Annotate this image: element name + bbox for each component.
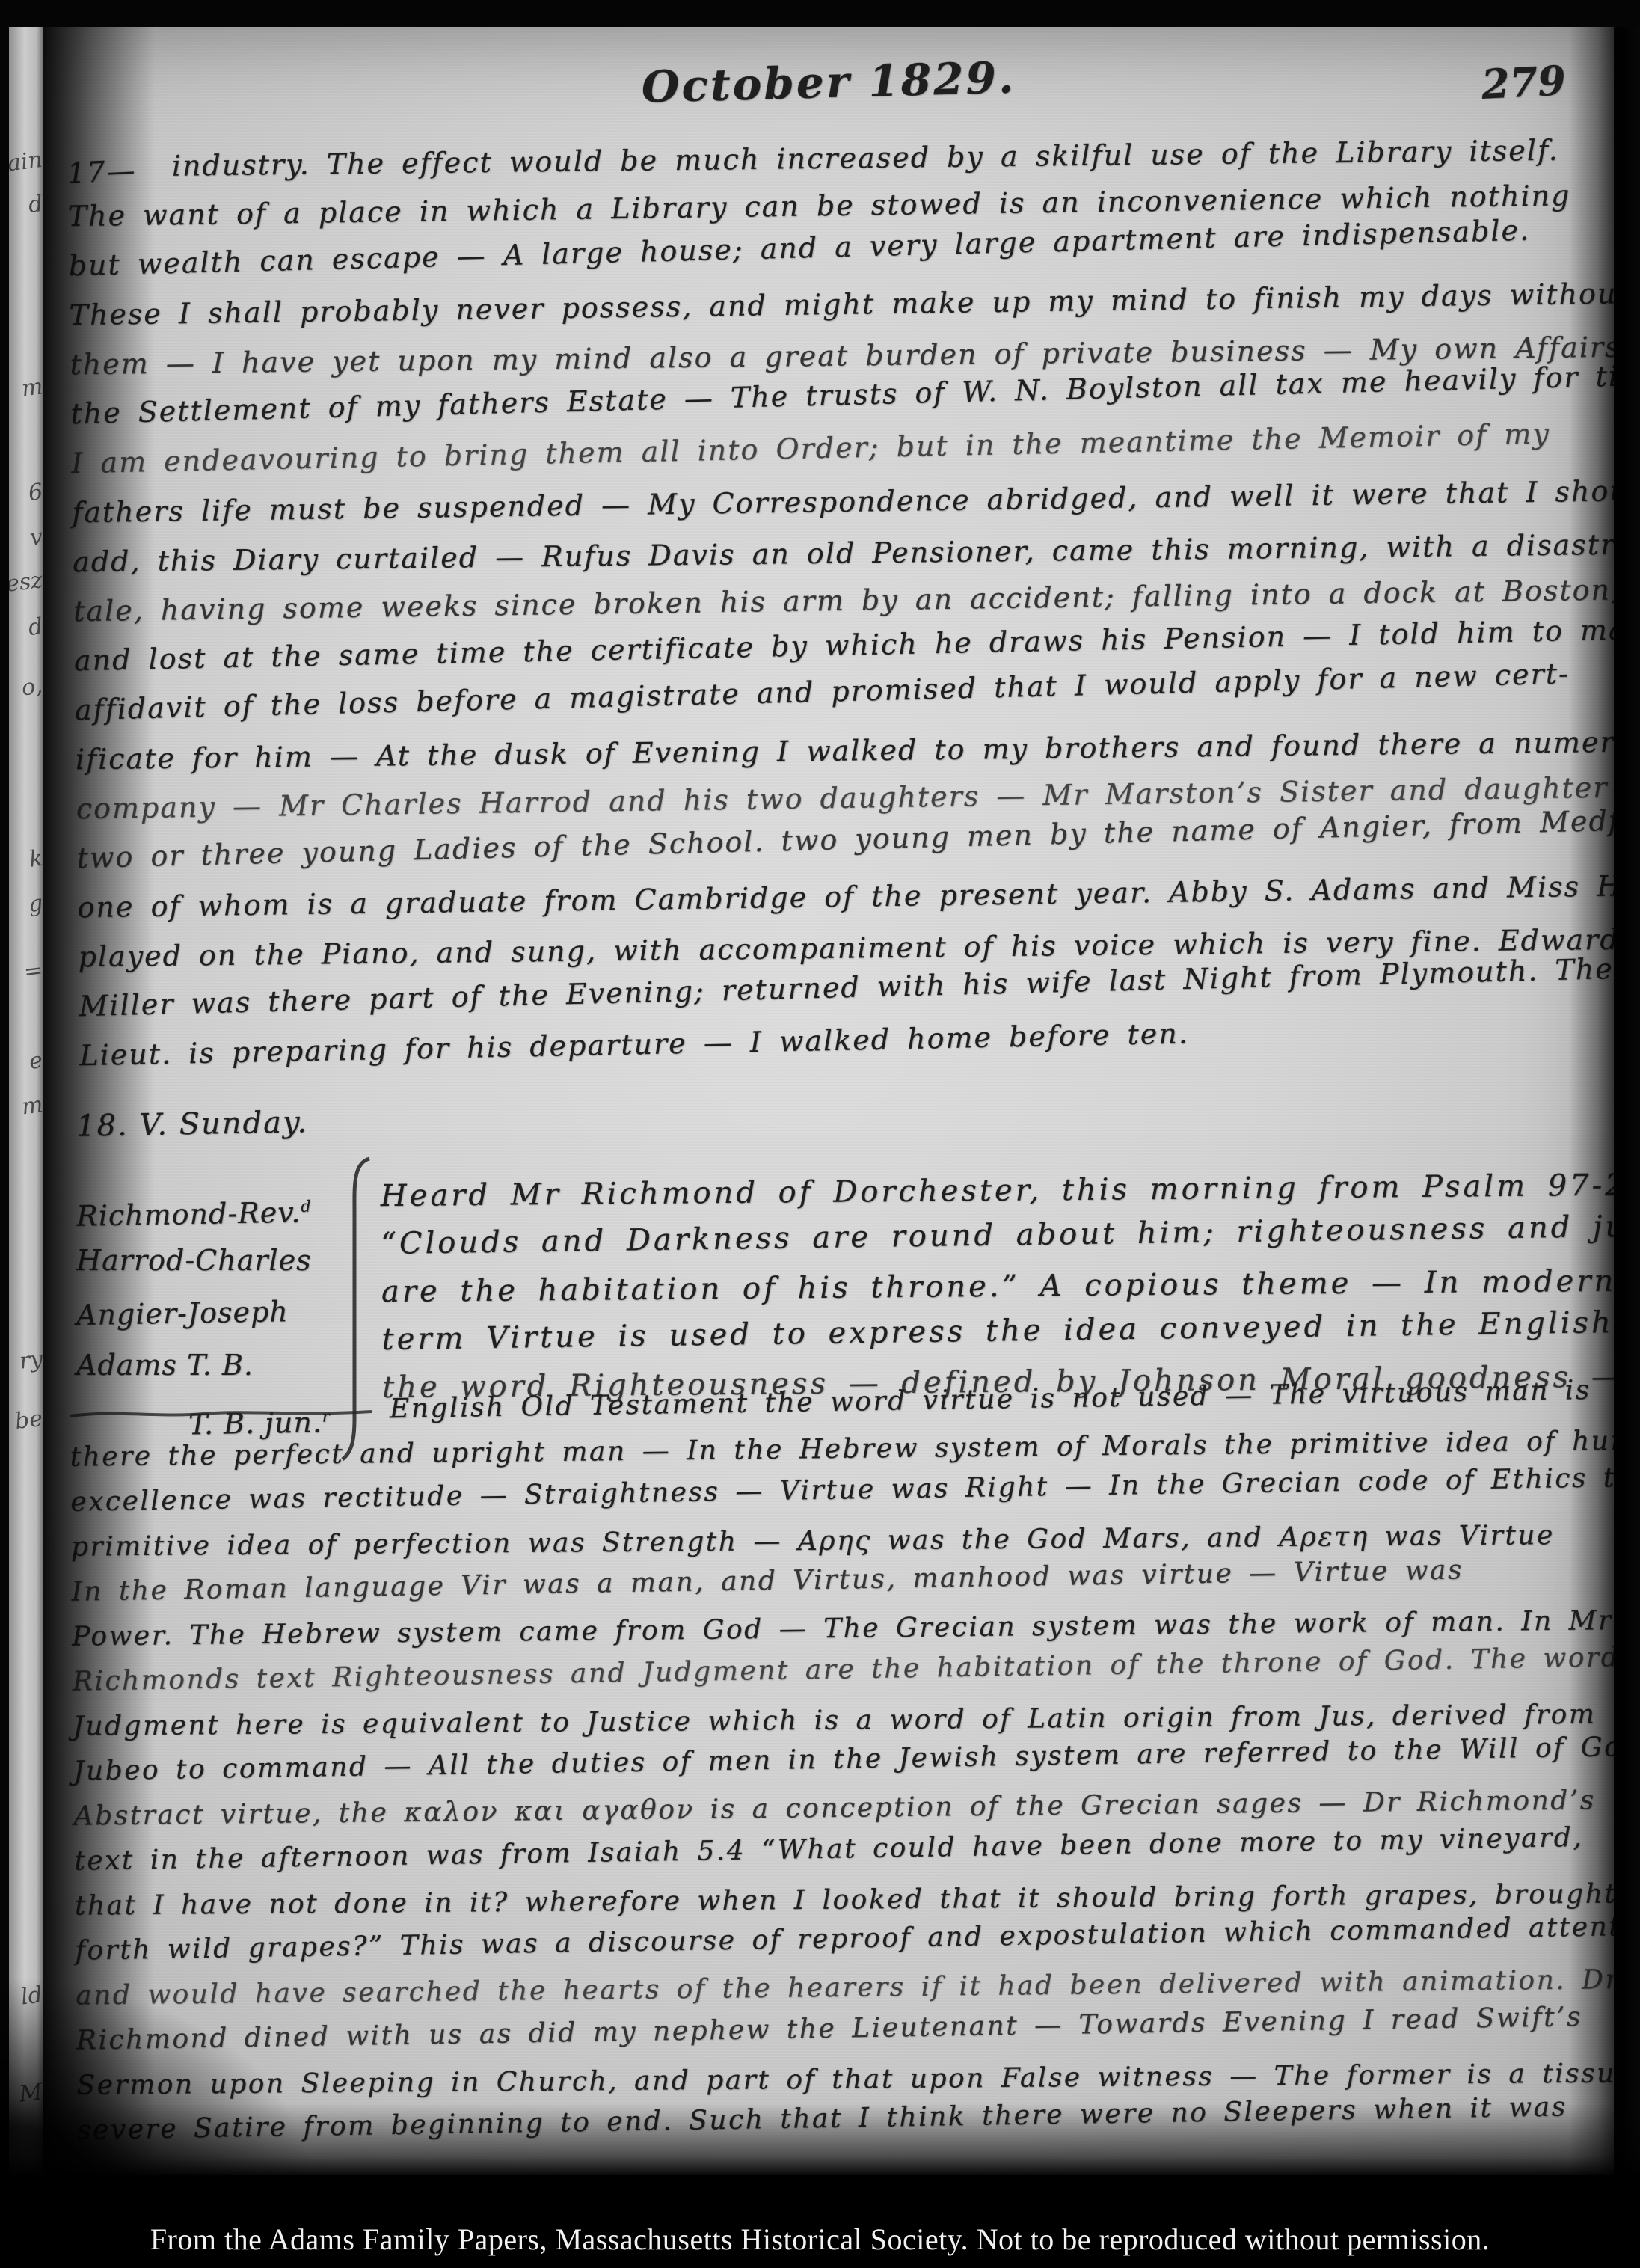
margin-name-text: Angier-Joseph [76, 1295, 289, 1331]
diary-line-text: industry. The effect would be much incre… [172, 134, 1559, 183]
margin-name-text: Harrod-Charles [76, 1244, 312, 1277]
manuscript-scan: again d m 6 v esz d o, k g = e m ry be l… [0, 0, 1640, 2268]
margin-name: Harrod-Charles [76, 1234, 345, 1287]
prev-page-fragment: o, [20, 672, 43, 701]
margin-name-text: Adams T. B. [76, 1349, 254, 1382]
footer-credit: From the Adams Family Papers, Massachuse… [0, 2222, 1640, 2257]
prev-page-fragment: m [20, 1091, 43, 1120]
prev-page-fragment: = [22, 957, 43, 986]
prev-page-fragment: k [28, 845, 43, 873]
day-marker: 17— [66, 144, 173, 197]
prev-page-fragment: e [28, 1047, 43, 1075]
previous-page-edge: again d m 6 v esz d o, k g = e m ry be l… [9, 27, 43, 2175]
manuscript-page: October 1829. 279 17—industry. The effec… [43, 27, 1614, 2175]
prev-page-fragment: again [9, 147, 43, 180]
prev-page-fragment: d [27, 613, 43, 641]
prev-page-fragment: ld [19, 1982, 43, 2010]
prev-page-fragment: 6 [27, 479, 43, 506]
prev-page-fragment: v [28, 524, 43, 551]
credit-band: From the Adams Family Papers, Massachuse… [0, 2175, 1640, 2268]
prev-page-fragment: d [27, 191, 43, 218]
page-number: 279 [1481, 56, 1567, 108]
margin-name-superscript: d [301, 1198, 312, 1216]
margin-name-text: Richmond-Rev. [76, 1196, 301, 1233]
entry-heading-october-18: 18. V. Sunday. [76, 1105, 309, 1143]
prev-page-fragment: m [20, 373, 43, 402]
prev-page-fragment: M [18, 2079, 43, 2107]
prev-page-fragment: be [13, 1406, 43, 1435]
margin-name: Richmond-Rev.d [76, 1180, 345, 1236]
entry-october-17: 17—industry. The effect would be much in… [67, 121, 1606, 1080]
prev-page-fragment: g [27, 890, 43, 918]
margin-name: Angier-Joseph [76, 1284, 345, 1341]
prev-page-fragment: ry [18, 1346, 43, 1375]
page-header-date: October 1829. [43, 37, 1614, 129]
entry-october-18-body: English Old Testament the word virtue is… [70, 1374, 1605, 2153]
margin-name: Adams T. B. [76, 1339, 345, 1391]
prev-page-fragment: esz [9, 567, 43, 598]
